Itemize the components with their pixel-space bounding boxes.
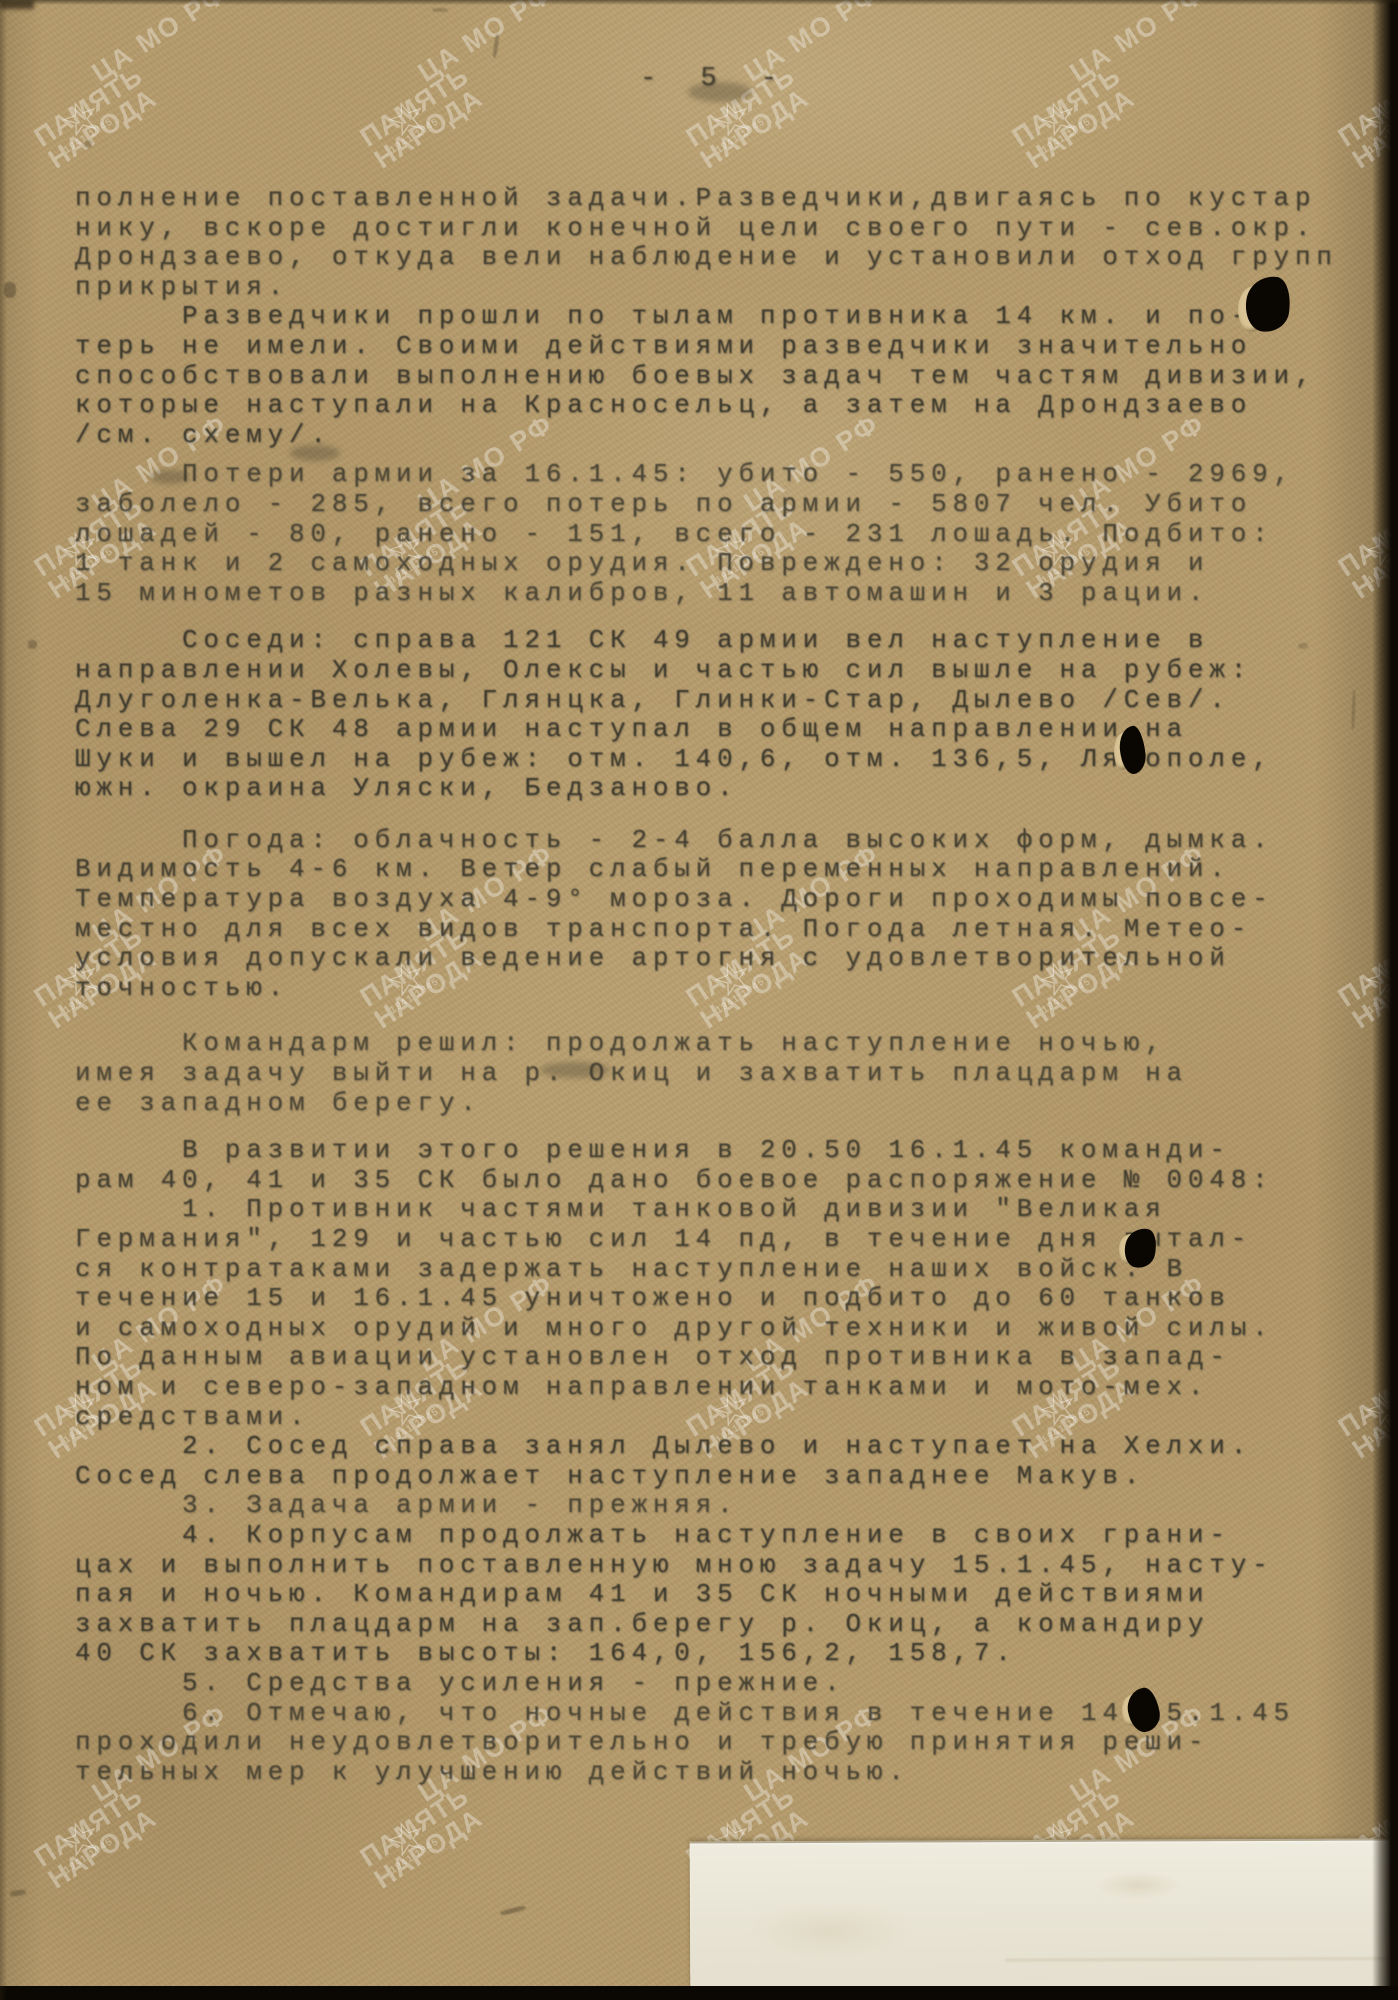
paragraph: Разведчики прошли по тылам противника 14…	[75, 302, 1365, 450]
ink-speck	[1298, 643, 1308, 649]
paragraph: полнение поставленной задачи.Разведчики,…	[75, 184, 1365, 302]
ink-speck	[84, 140, 92, 148]
watermark-agency-text: ЦА МО РФ	[1065, 0, 1211, 88]
paragraph: Погода: облачность - 2-4 балла высоких ф…	[75, 826, 1365, 1004]
watermark-years-text: 1941 1945	[714, 116, 767, 156]
star-icon: ☆	[378, 1806, 435, 1871]
ink-speck	[432, 8, 448, 12]
paragraph: Командарм решил: продолжать наступление …	[75, 1029, 1365, 1118]
star-icon: ☆	[52, 86, 109, 151]
watermark-memory-text: ПАМЯТЬ НАРОДА	[356, 62, 487, 172]
watermark-years-text: 1941 1945	[388, 1836, 441, 1876]
ink-smudge	[688, 82, 752, 102]
scan-edge-top	[0, 0, 1398, 5]
ink-smudge	[290, 445, 340, 461]
patch-crease	[1005, 1957, 1390, 1961]
ink-smudge	[150, 470, 190, 484]
star-icon: ☆	[378, 86, 435, 151]
watermark-years-text: 1941 1945	[62, 116, 115, 156]
scan-edge-right	[1372, 0, 1398, 2000]
paragraph: Соседи: справа 121 СК 49 армии вел насту…	[75, 626, 1365, 804]
watermark-memory-text: ПАМЯТЬ НАРОДА	[356, 1782, 487, 1892]
ink-speck	[500, 1905, 526, 1916]
ink-speck	[10, 1889, 27, 1897]
ink-speck	[492, 34, 499, 58]
ink-speck	[28, 640, 37, 649]
paragraph: 3. Задача армии - прежняя.	[75, 1491, 1365, 1521]
paragraph: В развитии этого решения в 20.50 16.1.45…	[75, 1136, 1365, 1432]
paragraph: 6. Отмечаю, что ночные действия в течени…	[75, 1699, 1365, 1788]
star-icon: ☆	[1030, 86, 1087, 151]
watermark-agency-text: ЦА МО РФ	[413, 0, 559, 88]
watermark-years-text: 1941 1945	[1040, 116, 1093, 156]
star-icon: ☆	[52, 1806, 109, 1871]
ink-smudge	[540, 1062, 610, 1078]
scan-edge-bottom	[0, 1986, 1398, 2000]
paragraph: 2. Сосед справа занял Дылево и наступает…	[75, 1432, 1365, 1491]
document-text: полнение поставленной задачи.Разведчики,…	[75, 184, 1365, 1787]
paragraph: Потери армии за 16.1.45: убито - 550, ра…	[75, 460, 1365, 608]
document-scan: ЦА МО РФ☆1941 1945ПАМЯТЬ НАРОДАЦА МО РФ☆…	[0, 0, 1398, 2000]
watermark-years-text: 1941 1945	[62, 1836, 115, 1876]
watermark-agency-text: ЦА МО РФ	[87, 0, 233, 88]
watermark-memory-text: ПАМЯТЬ НАРОДА	[1008, 62, 1139, 172]
scan-edge-left	[0, 0, 7, 2000]
paper-patch	[690, 1838, 1391, 1989]
scan-corner-top-left	[0, 0, 34, 9]
paragraph: 5. Средства усиления - прежние.	[75, 1669, 1365, 1699]
paragraph: 4. Корпусам продолжать наступление в сво…	[75, 1521, 1365, 1669]
watermark-years-text: 1941 1945	[388, 116, 441, 156]
watermark-memory-text: ПАМЯТЬ НАРОДА	[30, 62, 161, 172]
watermark-memory-text: ПАМЯТЬ НАРОДА	[30, 1782, 161, 1892]
